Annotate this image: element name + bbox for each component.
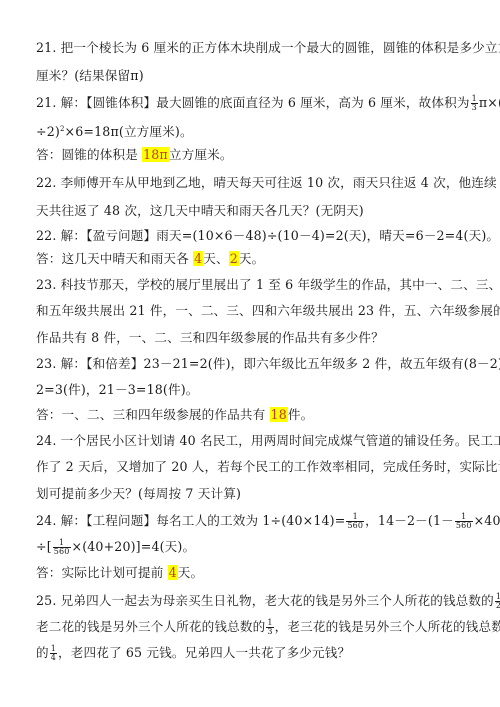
fraction: 1560 [455,513,473,530]
q25-question-text: 的 [36,645,49,660]
q25-question-text: 25. 兄弟四人一起去为母亲买生日礼物，老大花的钱是另外三个人所花的钱总数的 [36,593,494,608]
q25-question-text: ，老三花的钱是另外三个人所花的钱总数 [275,619,500,634]
fraction: 13 [471,95,478,112]
answer-text: 天、 [203,251,229,266]
answer-text: 立方厘米。 [169,147,233,162]
answer-text: 答：实际比计划可提前 [36,565,168,580]
q24-question-line2: 作了 2 天后，又增加了 20 人，若每个民工的工作效率相同，完成任务时，实际比… [36,459,466,475]
q22-question-line1: 22. 李师傅开车从甲地到乙地，晴天每天可往返 10 次，雨天只往返 4 次，他… [36,175,466,191]
answer-text: 件。 [288,407,314,422]
q21-answer: 答：圆锥的体积是 18π立方厘米。 [36,147,466,163]
answer-text: 答：一、二、三和四年级参展的作品共有 [36,407,270,422]
q21-solution-line2: ÷2)2×6=18π(立方厘米)。 [36,121,466,140]
answer-highlight: 2 [229,251,239,266]
answer-text: 答：这几天中晴天和雨天各 [36,251,193,266]
answer-text: 天。 [178,565,204,580]
q24-solution-text: ，14－2－(1－ [365,513,454,528]
q24-solution-text: ×40×2) [474,513,500,528]
q25-question-line3: 的14，老四花了 65 元钱。兄弟四人一共花了多少元钱？ [36,645,466,662]
answer-text: 天。 [239,251,265,266]
document-page: 21. 把一个棱长为 6 厘米的正方体木块削成一个最大的圆锥，圆锥的体积是多少立… [0,0,500,707]
q23-question-line2: 和五年级共展出 21 件，一、二、三、四和六年级共展出 23 件，五、六年级参展… [36,303,466,319]
fraction-denominator: 3 [471,104,478,112]
q22-answer: 答：这几天中晴天和雨天各 4天、2天。 [36,251,466,267]
fraction-denominator: 2 [495,602,500,610]
fraction: 12 [495,593,500,610]
fraction-denominator: 4 [50,654,57,662]
fraction: 1560 [53,539,71,556]
q24-solution-text: ÷[ [36,539,52,554]
q22-solution-line1: 22. 解：【盈亏问题】雨天=(10×6－48)÷(10－4)=2(天)，晴天=… [36,228,466,244]
q23-answer: 答：一、二、三和四年级参展的作品共有 18件。 [36,407,466,423]
q22-question-line2: 天共往返了 48 次，这几天中晴天和雨天各几天？(无阴天) [36,203,466,219]
q21-solution-text: ÷2) [36,124,60,139]
q23-solution-line2: 2=3(件)，21－3=18(件)。 [36,382,466,398]
q23-question-line1: 23. 科技节那天，学校的展厅里展出了 1 至 6 年级学生的作品，其中一、二、… [36,277,466,293]
q21-solution-line1: 21. 解：【圆锥体积】最大圆锥的底面直径为 6 厘米，高为 6 厘米，故体积为… [36,95,466,112]
fraction-denominator: 560 [455,522,473,530]
q23-question-line3: 作品共有 8 件，一、二、三和四年级参展的作品共有多少件？ [36,330,466,346]
fraction: 13 [266,619,273,636]
q24-solution-text: ×(40+20)]=4(天)。 [72,539,196,554]
answer-highlight: 4 [193,251,203,266]
fraction-denominator: 560 [346,522,364,530]
q23-solution-line1: 23. 解：【和倍差】23－21=2(件)，即六年级比五年级多 2 件，故五年级… [36,356,466,372]
q24-question-line1: 24. 一个居民小区计划请 40 名民工，用两周时间完成煤气管道的铺设任务。民工… [36,433,466,449]
fraction-denominator: 3 [266,628,273,636]
q21-question-line1: 21. 把一个棱长为 6 厘米的正方体木块削成一个最大的圆锥，圆锥的体积是多少立… [36,40,466,56]
q25-question-text: ，老四花了 65 元钱。兄弟四人一共花了多少元钱？ [58,645,350,660]
answer-highlight: 18π [142,147,169,162]
q25-question-line2: 老二花的钱是另外三个人所花的钱总数的13，老三花的钱是另外三个人所花的钱总数 [36,619,466,636]
q24-solution-line1: 24. 解：【工程问题】每名工人的工效为 1÷(40×14)=1560，14－2… [36,513,466,530]
q24-solution-text: 24. 解：【工程问题】每名工人的工效为 1÷(40×14)= [36,513,345,528]
answer-text: 答：圆锥的体积是 [36,147,142,162]
fraction-denominator: 560 [53,548,71,556]
q25-question-text: 老二花的钱是另外三个人所花的钱总数的 [36,619,265,634]
fraction: 14 [50,645,57,662]
q21-question-line2: 厘米？(结果保留π) [36,68,466,84]
q24-solution-line2: ÷[1560×(40+20)]=4(天)。 [36,539,466,556]
q21-solution-text: π×(6 [479,95,500,110]
fraction: 1560 [346,513,364,530]
answer-highlight: 18 [270,407,288,422]
q21-solution-text: ×6=18π(立方厘米)。 [65,124,193,139]
answer-highlight: 4 [168,565,178,580]
q25-question-line1: 25. 兄弟四人一起去为母亲买生日礼物，老大花的钱是另外三个人所花的钱总数的12… [36,593,466,610]
q24-question-line3: 划可提前多少天？(每周按 7 天计算) [36,486,466,502]
q21-solution-text: 21. 解：【圆锥体积】最大圆锥的底面直径为 6 厘米，高为 6 厘米，故体积为 [36,95,470,110]
q24-answer: 答：实际比计划可提前 4天。 [36,565,466,581]
